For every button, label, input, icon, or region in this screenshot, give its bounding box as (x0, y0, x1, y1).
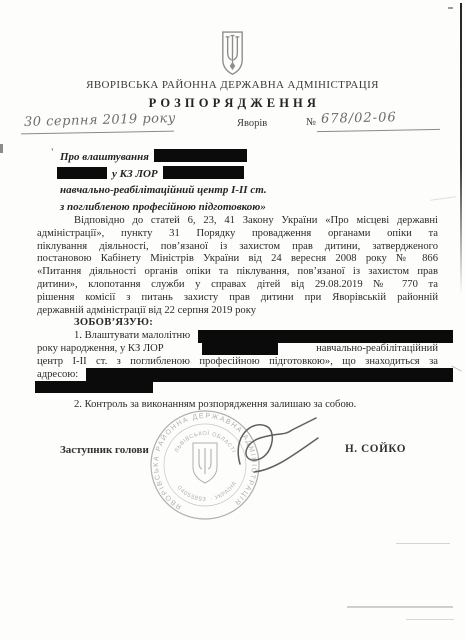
item1-line-4: адресою: (37, 369, 438, 382)
organization-name: ЯВОРІВСЬКА РАЙОННА ДЕРЖАВНА АДМІНІСТРАЦІ… (0, 79, 465, 91)
handwritten-signature-icon (226, 414, 322, 483)
subject-line-1: Про влаштування (60, 149, 340, 166)
redaction-box (163, 166, 244, 179)
document-type-title: Р О З П О Р Я Д Ж Е Н Н Я (0, 96, 465, 111)
body-line: дитини», клопотання служби у справах діт… (37, 279, 438, 292)
body-text: Відповідно до статей 6, 23, 41 Закону Ук… (37, 215, 438, 412)
item1-line-2: року народження, у КЗ ЛОР навчально-реаб… (37, 343, 438, 356)
body-line: рішення комісії з питань захисту прав ди… (37, 292, 438, 305)
redaction-box (198, 330, 453, 343)
redaction-box (202, 343, 278, 355)
item1-line-1: 1. Влаштувати малолітню (37, 330, 438, 343)
redaction-box (86, 368, 453, 382)
subject-line-3: навчально-реабілітаційний центр І-ІІ ст. (60, 182, 340, 199)
subject-line-4: з поглибленою професійною підготовкою» (60, 199, 340, 216)
handwritten-document-number: 678/02-06 (321, 110, 397, 127)
signer-name: Н. СОЙКО (345, 443, 406, 455)
subject-line-2: у КЗ ЛОР (60, 166, 340, 183)
number-label: № (306, 117, 316, 128)
body-line: «Питання діяльності органів опіки та пік… (37, 266, 438, 279)
seal-code: 04055893 (176, 485, 207, 503)
scan-speck (448, 7, 453, 9)
body-line: адміністрації», пункту 31 Порядку провад… (37, 228, 438, 241)
svg-text:04055893: 04055893 (176, 485, 207, 503)
issue-city: Яворів (237, 118, 267, 129)
scanned-document-page: ЯВОРІВСЬКА РАЙОННА ДЕРЖАВНА АДМІНІСТРАЦІ… (0, 0, 465, 640)
scan-speck (0, 144, 3, 153)
scan-edge-artifact (460, 3, 462, 295)
number-underline (317, 129, 440, 132)
scan-smudge (396, 543, 450, 544)
signer-position: Заступник голови (60, 444, 149, 456)
scan-smudge (406, 619, 454, 620)
redaction-box (154, 149, 247, 162)
subject-block: ' Про влаштування у КЗ ЛОР навчально-реа… (60, 149, 340, 215)
scan-smudge (430, 196, 456, 201)
body-line: постановою Кабінету Міністрів України ві… (37, 253, 438, 266)
redaction-box (57, 167, 107, 179)
resolve-heading: ЗОБОВ’ЯЗУЮ: (37, 317, 438, 330)
body-line: Відповідно до статей 6, 23, 41 Закону Ук… (37, 215, 438, 228)
date-underline (21, 131, 174, 135)
ukraine-trident-emblem-icon (217, 30, 248, 82)
item1-line-3: центр І-ІІ ст. з поглибленою професійною… (37, 356, 438, 369)
redaction-box (35, 381, 153, 393)
handwritten-date: 30 серпня 2019 року (24, 111, 176, 130)
stray-pen-mark: ' (51, 144, 54, 161)
body-line: державній адміністрації від 22 серпня 20… (37, 305, 438, 318)
body-line: піклування діяльності, пов’язаної із зах… (37, 241, 438, 254)
scan-smudge (347, 606, 453, 608)
